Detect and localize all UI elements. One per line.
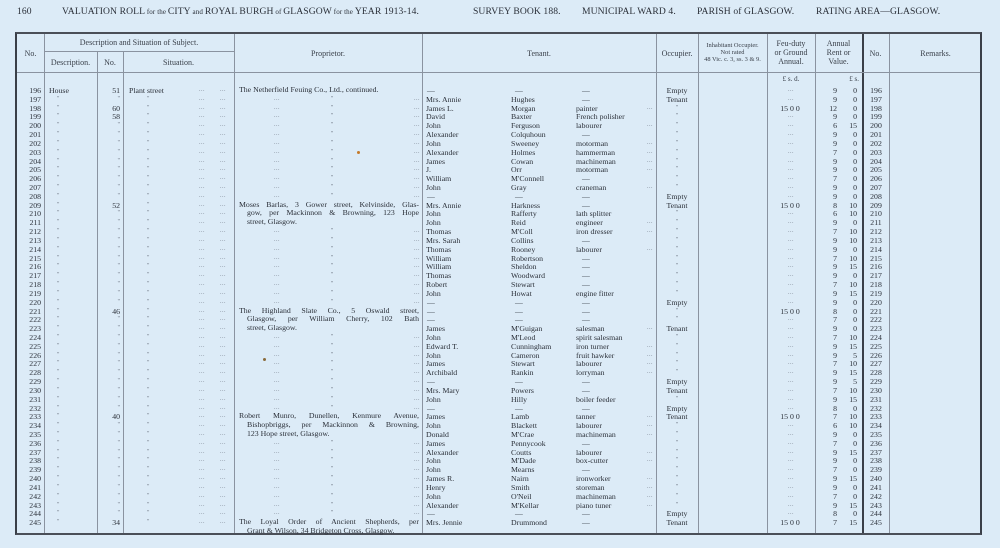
leader-dots: ... <box>405 271 420 280</box>
leader-dots: ... <box>192 509 212 518</box>
tenant-occupation: — <box>582 298 657 307</box>
feu-duty-blank: ... <box>767 174 815 183</box>
leader-dots: ... <box>405 359 420 368</box>
leader-dots: ... <box>192 280 212 289</box>
rent-pounds: 9 <box>823 165 837 174</box>
leader-dots: ... <box>213 333 233 342</box>
row-number-right: 219 <box>865 289 887 298</box>
leader-dots: ... <box>267 395 287 404</box>
rent-shillings: 0 <box>839 483 857 492</box>
leader-dots: ... <box>192 395 212 404</box>
feu-duty-blank: ... <box>767 95 815 104</box>
table-row: 226"""........."...JohnCameronfruit hawk… <box>17 351 980 360</box>
row-number-right: 233 <box>865 412 887 421</box>
tenant-surname: — <box>515 192 585 201</box>
leader-dots: ... <box>213 474 233 483</box>
page-number: 160 <box>17 6 32 17</box>
occupier-status: " <box>656 236 698 245</box>
col-header-tenant: Tenant. <box>422 49 656 58</box>
leader-dots: ... <box>267 501 287 510</box>
street-number: " <box>97 386 120 395</box>
occupier-status: Tenant <box>656 324 698 333</box>
tenant-surname: Rooney <box>511 245 581 254</box>
ditto-mark: " <box>327 465 337 474</box>
table-row: 196House51Plant street......———Empty...9… <box>17 86 980 95</box>
rent-shillings: 0 <box>839 95 857 104</box>
table-row: 220"""........."...———Empty...90220 <box>17 298 980 307</box>
tenant-first-name: Alexander <box>426 130 506 139</box>
feu-duty-blank: ... <box>767 236 815 245</box>
tenant-surname: Robertson <box>511 254 581 263</box>
ditto-mark: " <box>327 386 337 395</box>
leader-dots: ... <box>213 298 233 307</box>
occupier-status: " <box>656 342 698 351</box>
feu-duty-blank: ... <box>767 333 815 342</box>
ditto-mark: " <box>327 501 337 510</box>
rent-pounds: 9 <box>823 430 837 439</box>
tenant-surname: Hughes <box>511 95 581 104</box>
tenant-occupation: — <box>582 439 657 448</box>
rent-pounds: 9 <box>823 112 837 121</box>
leader-dots: ... <box>405 501 420 510</box>
leader-dots: ... <box>267 483 287 492</box>
row-number-right: 235 <box>865 430 887 439</box>
street-number: " <box>97 165 120 174</box>
leader-dots: ... <box>192 183 212 192</box>
table-row: 244"""........."...———Empty...80244 <box>17 509 980 518</box>
row-number-right: 210 <box>865 209 887 218</box>
leader-dots: ... <box>639 245 653 254</box>
tenant-first-name: John <box>426 209 506 218</box>
tenant-surname: Smith <box>511 483 581 492</box>
feu-duty-blank: ... <box>767 359 815 368</box>
row-number: 230 <box>17 386 41 395</box>
row-number-right: 244 <box>865 509 887 518</box>
occupier-status: " <box>656 245 698 254</box>
ditto-mark: " <box>327 289 337 298</box>
leader-dots: ... <box>213 439 233 448</box>
leader-dots: ... <box>405 262 420 271</box>
street-number: " <box>97 192 120 201</box>
table-row: 237"""........."...AlexanderCouttslabour… <box>17 448 980 457</box>
ditto-mark: " <box>327 280 337 289</box>
row-number-right: 236 <box>865 439 887 448</box>
leader-dots: ... <box>192 359 212 368</box>
occupier-status: Empty <box>656 192 698 201</box>
col-header-no-right: No. <box>862 49 889 58</box>
leader-dots: ... <box>213 324 233 333</box>
tenant-first-name: Archibald <box>426 368 506 377</box>
inhabitant-line-3: 48 Vic. c. 3, ss. 3 & 9. <box>698 56 767 63</box>
row-number-right: 216 <box>865 262 887 271</box>
leader-dots: ... <box>192 271 212 280</box>
leader-dots: ... <box>267 254 287 263</box>
col-header-feu-duty: Feu-duty or Ground Annual. <box>767 39 815 66</box>
row-number: 223 <box>17 324 41 333</box>
leader-dots: ... <box>405 448 420 457</box>
rent-shillings: 5 <box>839 351 857 360</box>
col-header-street-no: No. <box>97 58 123 67</box>
leader-dots: ... <box>405 236 420 245</box>
occupier-status: " <box>656 465 698 474</box>
header-subdivider <box>44 51 234 52</box>
row-number-right: 213 <box>865 236 887 245</box>
feu-duty-blank: ... <box>767 456 815 465</box>
leader-dots: ... <box>267 333 287 342</box>
tenant-surname: Hilly <box>511 395 581 404</box>
survey-book: SURVEY BOOK 188. <box>473 6 561 17</box>
street-number: " <box>97 492 120 501</box>
occupier-status: " <box>656 333 698 342</box>
rent-pounds: 9 <box>823 501 837 510</box>
table-row: 219"""........."...JohnHowatengine fitte… <box>17 289 980 298</box>
rent-pounds: 7 <box>823 315 837 324</box>
occupier-status: Tenant <box>656 95 698 104</box>
tenant-occupation: — <box>582 254 657 263</box>
row-number: 201 <box>17 130 41 139</box>
tenant-surname: Cunningham <box>511 342 581 351</box>
street-number: " <box>97 448 120 457</box>
leader-dots: ... <box>192 139 212 148</box>
tenant-occupation: — <box>582 201 657 210</box>
rent-pounds: 9 <box>823 342 837 351</box>
row-number: 232 <box>17 404 41 413</box>
feu-duty-blank: ... <box>767 483 815 492</box>
row-number: 211 <box>17 218 41 227</box>
leader-dots: ... <box>192 439 212 448</box>
occupier-status: Empty <box>656 298 698 307</box>
leader-dots: ... <box>192 262 212 271</box>
tenant-surname: M'Connell <box>511 174 581 183</box>
occupier-status: " <box>656 227 698 236</box>
leader-dots: ... <box>405 395 420 404</box>
tenant-occupation: boiler feeder <box>576 395 651 404</box>
occupier-status: " <box>656 307 698 316</box>
tenant-first-name: James <box>426 359 506 368</box>
row-number: 218 <box>17 280 41 289</box>
row-number-right: 237 <box>865 448 887 457</box>
occupier-status: Tenant <box>656 412 698 421</box>
leader-dots: ... <box>192 342 212 351</box>
rent-pounds: 7 <box>823 280 837 289</box>
rent-shillings: 15 <box>839 501 857 510</box>
occupier-status: " <box>656 456 698 465</box>
rent-pounds: 12 <box>823 104 837 113</box>
ditto-mark: " <box>327 359 337 368</box>
table-row: 217"""........."...ThomasWoodward—"...90… <box>17 271 980 280</box>
leader-dots: ... <box>639 183 653 192</box>
street-number: " <box>97 209 120 218</box>
tenant-surname: Sheldon <box>511 262 581 271</box>
table-row: 218"""........."...RobertStewart—"...710… <box>17 280 980 289</box>
description: House <box>49 86 95 95</box>
leader-dots: ... <box>405 492 420 501</box>
tenant-first-name: John <box>426 333 506 342</box>
row-number-right: 208 <box>865 192 887 201</box>
leader-dots: ... <box>639 368 653 377</box>
tenant-surname: — <box>515 307 585 316</box>
leader-dots: ... <box>405 465 420 474</box>
rent-shillings: 0 <box>839 192 857 201</box>
row-number: 204 <box>17 157 41 166</box>
leader-dots: ... <box>213 271 233 280</box>
tenant-occupation: — <box>582 404 657 413</box>
rent-pounds: 9 <box>823 86 837 95</box>
leader-dots: ... <box>213 395 233 404</box>
tenant-first-name: Mrs. Annie <box>426 201 506 210</box>
feu-duty-blank: ... <box>767 448 815 457</box>
leader-dots: ... <box>192 157 212 166</box>
rent-pounds: 8 <box>823 404 837 413</box>
feu-duty-blank: ... <box>767 157 815 166</box>
occupier-status: " <box>656 448 698 457</box>
occupier-status: " <box>656 112 698 121</box>
rent-pounds: 7 <box>823 254 837 263</box>
tenant-first-name: Alexander <box>426 501 506 510</box>
leader-dots: ... <box>213 86 233 95</box>
street-number: 58 <box>97 112 120 121</box>
row-number: 241 <box>17 483 41 492</box>
feu-duty-value: 15 0 0 <box>767 412 813 421</box>
street-number: " <box>97 456 120 465</box>
feu-duty-blank: ... <box>767 183 815 192</box>
feu-duty-blank: ... <box>767 209 815 218</box>
feu-duty-value: 15 0 0 <box>767 307 813 316</box>
rent-pounds: 9 <box>823 368 837 377</box>
occupier-status: " <box>656 104 698 113</box>
table-row: 198"60"........."...James L.Morganpainte… <box>17 104 980 113</box>
feu-duty-blank: ... <box>767 86 815 95</box>
leader-dots: ... <box>267 165 287 174</box>
leader-dots: ... <box>267 157 287 166</box>
row-number-right: 211 <box>865 218 887 227</box>
occupier-status: " <box>656 130 698 139</box>
rent-shillings: 15 <box>839 368 857 377</box>
ditto-mark: " <box>327 112 337 121</box>
row-number: 242 <box>17 492 41 501</box>
leader-dots: ... <box>213 404 233 413</box>
tenant-surname: Powers <box>511 386 581 395</box>
feu-duty-blank: ... <box>767 262 815 271</box>
col-header-inhabitant: Inhabitant Occupier. Not rated 48 Vic. c… <box>698 42 767 63</box>
tenant-occupation: — <box>582 509 657 518</box>
tenant-surname: Morgan <box>511 104 581 113</box>
row-number-right: 205 <box>865 165 887 174</box>
occupier-status: " <box>656 121 698 130</box>
leader-dots: ... <box>639 351 653 360</box>
tenant-first-name: Donald <box>426 430 506 439</box>
occupier-status: Empty <box>656 509 698 518</box>
tenant-surname: Baxter <box>511 112 581 121</box>
street-number: " <box>97 342 120 351</box>
rent-pounds: 7 <box>823 518 837 527</box>
ditto-mark: " <box>327 139 337 148</box>
row-number: 221 <box>17 307 41 316</box>
table-row: 234"""......JohnBlackettlabourer..."...6… <box>17 421 980 430</box>
rent-shillings: 0 <box>839 174 857 183</box>
tenant-surname: — <box>515 315 585 324</box>
row-number-right: 220 <box>865 298 887 307</box>
tenant-surname: Cowan <box>511 157 581 166</box>
rent-pounds: 9 <box>823 183 837 192</box>
leader-dots: ... <box>405 112 420 121</box>
table-row: 233"40"......JamesLambtanner...Tenant15 … <box>17 412 980 421</box>
leader-dots: ... <box>213 518 233 527</box>
table-row: 230"""........."...Mrs. MaryPowers—Tenan… <box>17 386 980 395</box>
rent-pounds: 8 <box>823 509 837 518</box>
leader-dots: ... <box>213 165 233 174</box>
row-number-right: 196 <box>865 86 887 95</box>
rent-line-3: Value. <box>815 57 862 66</box>
tenant-first-name: John <box>426 492 506 501</box>
street-number: 60 <box>97 104 120 113</box>
tenant-surname: Blackett <box>511 421 581 430</box>
rent-pounds: 7 <box>823 439 837 448</box>
leader-dots: ... <box>192 351 212 360</box>
leader-dots: ... <box>213 509 233 518</box>
row-number: 237 <box>17 448 41 457</box>
leader-dots: ... <box>192 412 212 421</box>
street-number: " <box>97 254 120 263</box>
rent-pounds: 7 <box>823 227 837 236</box>
rent-pounds: 9 <box>823 298 837 307</box>
leader-dots: ... <box>192 148 212 157</box>
tenant-surname: O'Neil <box>511 492 581 501</box>
ditto-mark: " <box>327 351 337 360</box>
table-row: 199"58"........."...DavidBaxterFrench po… <box>17 112 980 121</box>
row-number: 239 <box>17 465 41 474</box>
leader-dots: ... <box>639 501 653 510</box>
row-number-right: 221 <box>865 307 887 316</box>
tenant-surname: M'Leod <box>511 333 581 342</box>
occupier-status: " <box>656 271 698 280</box>
leader-dots: ... <box>192 324 212 333</box>
rent-shillings: 0 <box>839 148 857 157</box>
title-part: of <box>274 8 284 16</box>
leader-dots: ... <box>213 280 233 289</box>
ditto-mark: " <box>327 95 337 104</box>
tenant-surname: Stewart <box>511 280 581 289</box>
occupier-status: " <box>656 315 698 324</box>
tenant-occupation: — <box>582 465 657 474</box>
leader-dots: ... <box>405 333 420 342</box>
row-number: 205 <box>17 165 41 174</box>
ditto-mark: " <box>327 245 337 254</box>
title-part: YEAR 1913-14. <box>355 6 419 17</box>
tenant-occupation: French polisher <box>576 112 651 121</box>
rent-shillings: 0 <box>839 139 857 148</box>
tenant-first-name: James R. <box>426 474 506 483</box>
row-number-right: 242 <box>865 492 887 501</box>
tenant-first-name: — <box>427 377 507 386</box>
leader-dots: ... <box>639 492 653 501</box>
rent-pounds: 9 <box>823 324 837 333</box>
table-row: 207"""........."...JohnGraycraneman...".… <box>17 183 980 192</box>
rent-shillings: 0 <box>839 130 857 139</box>
tenant-surname: — <box>515 86 585 95</box>
row-number-right: 245 <box>865 518 887 527</box>
tenant-first-name: John <box>426 465 506 474</box>
leader-dots: ... <box>192 130 212 139</box>
leader-dots: ... <box>192 474 212 483</box>
rent-shillings: 0 <box>839 157 857 166</box>
tenant-first-name: — <box>427 315 507 324</box>
leader-dots: ... <box>192 289 212 298</box>
row-number: 238 <box>17 456 41 465</box>
table-row: 229"""........."...———Empty...95229 <box>17 377 980 386</box>
table-row: 208"""........."...———Empty...90208 <box>17 192 980 201</box>
feu-duty-blank: ... <box>767 192 815 201</box>
leader-dots: ... <box>267 448 287 457</box>
table-row: 201"""........."...AlexanderColquhoun—".… <box>17 130 980 139</box>
feu-duty-blank: ... <box>767 342 815 351</box>
table-row: 235"""......DonaldM'Craemachineman..."..… <box>17 430 980 439</box>
ditto-mark: " <box>327 492 337 501</box>
tenant-occupation: — <box>582 386 657 395</box>
rent-shillings: 10 <box>839 209 857 218</box>
rent-pounds: 6 <box>823 421 837 430</box>
row-number-right: 226 <box>865 351 887 360</box>
table-row: 242"""........."...JohnO'Neilmachineman.… <box>17 492 980 501</box>
ditto-mark: " <box>327 377 337 386</box>
page-header: 160 VALUATION ROLL for the CITY and ROYA… <box>0 6 1000 20</box>
table-row: 240"""........."...James R.Nairnironwork… <box>17 474 980 483</box>
tenant-occupation: — <box>582 518 657 527</box>
leader-dots: ... <box>213 174 233 183</box>
occupier-status: " <box>656 351 698 360</box>
leader-dots: ... <box>267 359 287 368</box>
leader-dots: ... <box>405 174 420 183</box>
tenant-surname: M'Kellar <box>511 501 581 510</box>
rent-pounds: 8 <box>823 307 837 316</box>
title-part: for the <box>332 8 355 16</box>
leader-dots: ... <box>213 139 233 148</box>
rent-shillings: 0 <box>839 86 857 95</box>
tenant-first-name: John <box>426 395 506 404</box>
street-number: " <box>97 298 120 307</box>
tenant-surname: Gray <box>511 183 581 192</box>
tenant-first-name: — <box>427 307 507 316</box>
rent-pounds: 9 <box>823 245 837 254</box>
tenant-surname: Howat <box>511 289 581 298</box>
proprietor-line: 123 Hope street, Glasgow. <box>239 430 419 439</box>
feu-duty-blank: ... <box>767 165 815 174</box>
tenant-first-name: John <box>426 456 506 465</box>
leader-dots: ... <box>213 130 233 139</box>
table-row: 241"""........."...HenrySmithstoreman...… <box>17 483 980 492</box>
occupier-status: " <box>656 262 698 271</box>
table-row: 225"""........."...Edward T.Cunninghamir… <box>17 342 980 351</box>
tenant-first-name: — <box>427 298 507 307</box>
leader-dots: ... <box>267 104 287 113</box>
leader-dots: ... <box>213 342 233 351</box>
leader-dots: ... <box>192 456 212 465</box>
leader-dots: ... <box>213 245 233 254</box>
tenant-first-name: — <box>427 86 507 95</box>
street-number: " <box>97 236 120 245</box>
street-number: " <box>97 280 120 289</box>
occupier-status: Tenant <box>656 518 698 527</box>
leader-dots: ... <box>405 386 420 395</box>
leader-dots: ... <box>639 359 653 368</box>
tenant-surname: Nairn <box>511 474 581 483</box>
row-number: 213 <box>17 236 41 245</box>
rent-shillings: 10 <box>839 412 857 421</box>
row-number: 220 <box>17 298 41 307</box>
table-row: 239"""........."...JohnMearns—"...70239 <box>17 465 980 474</box>
tenant-surname: Pennycook <box>511 439 581 448</box>
rent-line-2: Rent or <box>815 48 862 57</box>
